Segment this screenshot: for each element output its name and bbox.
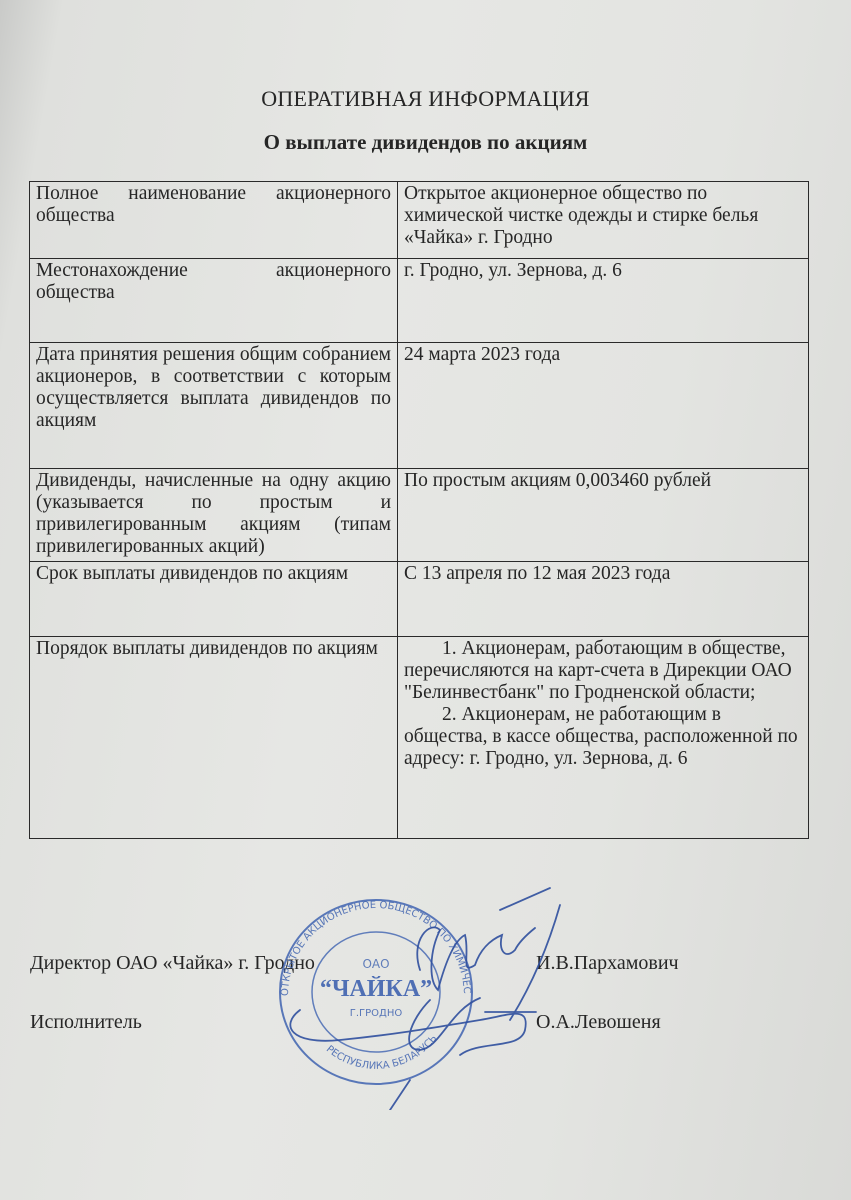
dividend-info-table: Полное наименование акционерного обществ…: [29, 181, 809, 839]
document-title: ОПЕРАТИВНАЯ ИНФОРМАЦИЯ: [0, 86, 851, 112]
row-value-company-name: Открытое акционерное общество по химичес…: [398, 182, 809, 259]
document-page: ОПЕРАТИВНАЯ ИНФОРМАЦИЯ О выплате дивиден…: [0, 0, 851, 1200]
row-label-dividend-per-share: Дивиденды, начисленные на одну акцию (ук…: [30, 469, 398, 562]
row-label-payment-procedure: Порядок выплаты дивидендов по акциям: [30, 637, 398, 839]
procedure-item-1: 1. Акционерам, работающим в обществе, пе…: [404, 638, 802, 704]
row-value-payment-procedure: 1. Акционерам, работающим в обществе, пе…: [398, 637, 809, 839]
row-label-payment-period: Срок выплаты дивидендов по акциям: [30, 562, 398, 637]
table-row: Местонахождение акционерного общества г.…: [30, 259, 809, 343]
row-value-dividend-per-share: По простым акциям 0,003460 рублей: [398, 469, 809, 562]
table-row: Полное наименование акционерного обществ…: [30, 182, 809, 259]
signature-icon: [280, 880, 600, 1110]
executor-label: Исполнитель: [30, 1011, 142, 1034]
row-label-location: Местонахождение акционерного общества: [30, 259, 398, 343]
row-value-location: г. Гродно, ул. Зернова, д. 6: [398, 259, 809, 343]
row-label-decision-date: Дата принятия решения общим собранием ак…: [30, 343, 398, 469]
document-subtitle: О выплате дивидендов по акциям: [0, 130, 851, 155]
procedure-item-2: 2. Акционерам, не работающим в общества,…: [404, 704, 802, 770]
table-row: Дата принятия решения общим собранием ак…: [30, 343, 809, 469]
table-row: Дивиденды, начисленные на одну акцию (ук…: [30, 469, 809, 562]
row-value-payment-period: С 13 апреля по 12 мая 2023 года: [398, 562, 809, 637]
row-value-decision-date: 24 марта 2023 года: [398, 343, 809, 469]
table-row: Срок выплаты дивидендов по акциям С 13 а…: [30, 562, 809, 637]
table-row: Порядок выплаты дивидендов по акциям 1. …: [30, 637, 809, 839]
row-label-company-name: Полное наименование акционерного обществ…: [30, 182, 398, 259]
